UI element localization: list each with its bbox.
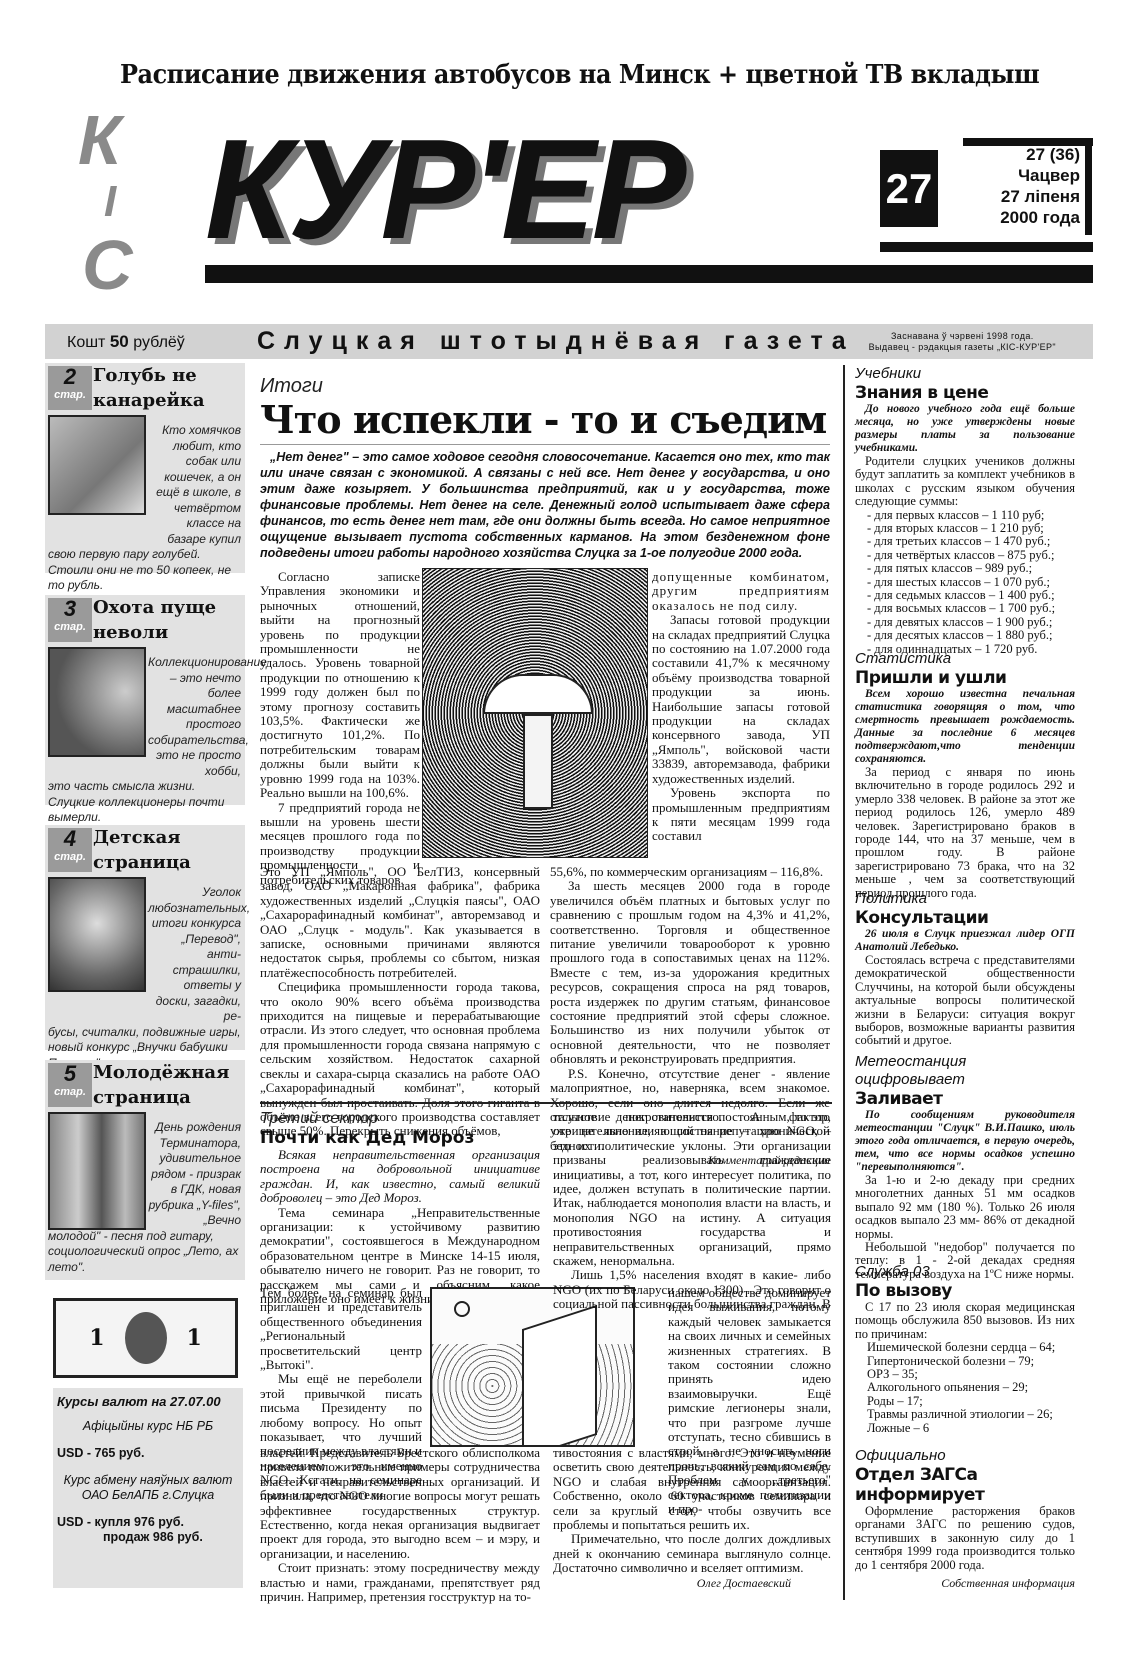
subtitle-band: Кошт 50 рублёў Слуцкая штотыднёвая газет… [45,324,1093,359]
established-text: Заснавана ў чэрвені 1998 года. [869,331,1056,342]
teaser-title: Детская страница [93,825,243,875]
teaser-title: Охота пуще неволи [93,595,243,645]
fx-sell: продаж 986 руб. [103,1530,239,1545]
lead-kicker: Итоги [260,375,830,398]
publisher-text: Выдавец - рэдакцыя газеты „КІС-КУР'ЕР" [869,342,1056,353]
lead: 26 июля в Слуцк приезжал лидер ОГП Анато… [855,928,1075,954]
lead-story: Итоги Что испекли - то и съедим „Нет ден… [260,375,830,561]
teaser-page-5[interactable]: 5стар. Молодёжная страница День рождения… [45,1060,245,1280]
wall-figure [522,1305,597,1447]
paragraph: Уровень экспорта по промышленным предпри… [652,786,830,844]
reason-item: Роды – 17; [867,1395,1075,1408]
paragraph: Тем более, на семинар был приглашён и пр… [260,1286,422,1372]
masthead-title: КУР'ЕР [205,120,682,260]
issue-number: 27 (36) [950,144,1080,165]
price-item: - для девятых классов – 1 900 руб.; [867,616,1075,629]
paragraph: За шесть месяцев 2000 года в городе увел… [550,879,830,1066]
second-col-2-bottom: тивостояния с властями, много. Это и неу… [553,1446,831,1590]
paragraph: Стоит признать: этому посредничеству меж… [260,1561,540,1604]
ambulance-story: Служба 03 По вызову С 17 по 23 июля скор… [855,1263,1075,1435]
umbrella-icon [483,674,593,714]
body: Состоялась встреча с представителями дем… [855,954,1075,1048]
paragraph: 55,6%, по коммерческим организациям – 11… [550,865,830,879]
teaser-text: Коллекционирование – это нечто более мас… [48,655,241,826]
fx-exchange-label: Курс абмену наяўных валют ОАО БелАПБ г.С… [57,1473,239,1503]
paragraph: Запасы готовой продукции на складах пред… [652,613,830,786]
teaser-text: Уголок любознательных, итоги конкурса „П… [48,885,241,1071]
issue-frame-right [1085,140,1092,235]
kicker: Учебники [855,365,1075,383]
right-column-rule [843,365,845,1600]
statistics-story: Статистика Пришли и ушли Всем хорошо изв… [855,650,1075,900]
headline: Знания в цене [855,383,1075,403]
right-column: Учебники Знания в цене До нового учебног… [855,365,1075,1600]
page-label: стар. [48,620,92,634]
page-number: 4 [48,828,92,850]
price-item: - для седьмых классов – 1 400 руб.; [867,589,1075,602]
page-badge: 5стар. [48,1063,92,1107]
page-label: стар. [48,850,92,864]
price-item: - для шестых классов – 1 070 руб.; [867,576,1075,589]
promo-line: Расписание движения автобусов на Минск +… [120,60,1022,90]
kicker: Служба 03 [855,1263,1075,1281]
second-col-bottom: властей. Представитель Брестского облисп… [260,1446,540,1604]
issue-year: 2000 года [950,207,1080,228]
dollar-bill-image: 1 1 [53,1298,238,1378]
reason-item: Гипертонической болезни – 79; [867,1355,1075,1368]
teaser-text-wrap: День рождения Терминатора, удивительное … [148,1120,241,1229]
paragraph: властей. Представитель Брестского облисп… [260,1446,540,1561]
teaser-text-wrap: Уголок любознательных, итоги конкурса „П… [148,885,241,1025]
page-badge: 4стар. [48,828,92,872]
reason-item: Ложные – 6 [867,1422,1075,1435]
page-label: стар. [48,388,92,402]
teaser-text-rest: молодой" - песня под гитару, социологиче… [48,1229,238,1274]
currency-rates: Курсы валют на 27.07.00 Афіцыйны курс НБ… [53,1388,243,1588]
lead-intro: „Нет денег" – это самое ходовое сегодня … [260,449,830,561]
price-item: - для первых классов – 1 110 руб; [867,509,1075,522]
kicker: Политика [855,890,1075,908]
price-value: 50 [110,332,129,351]
body: Оформление расторжения браков органами З… [855,1505,1075,1572]
lead: Всем хорошо известна печальная статистик… [855,688,1075,766]
teaser-title: Голубь не канарейка [93,363,243,413]
lead-bottom-left: Это УП „Ямполь", ОО БелТИЗ, консервный з… [260,865,540,1139]
headline: Пришли и ушли [855,668,1075,688]
issue-weekday: Чацвер [950,165,1080,186]
weather-story: Метеостанция оцифровывает Заливает По со… [855,1053,1075,1281]
price-item: - для вторых классов – 1 210 руб; [867,522,1075,535]
kicker: Официально [855,1447,1075,1465]
logo-letter-s: С [82,230,133,300]
second-lead: Всякая неправительственная организация п… [260,1148,540,1206]
newspaper-subtitle: Слуцкая штотыднёвая газета [257,327,855,356]
zags-story: Официально Отдел ЗАГСа информирует Оформ… [855,1447,1075,1591]
price-unit: рублёў [133,334,185,351]
second-kicker: Третий сектор [260,1110,540,1128]
paragraph: Это УП „Ямполь", ОО БелТИЗ, консервный з… [260,865,540,980]
fx-official-rate: USD - 765 руб. [57,1446,239,1461]
price: Кошт 50 рублёў [67,332,217,352]
price-item: - для пятых классов – 989 руб.; [867,562,1075,575]
reason-item: Алкогольного опьянения – 29; [867,1381,1075,1394]
price-item: - для третьих классов – 1 470 руб.; [867,535,1075,548]
teaser-page-4[interactable]: 4стар. Детская страница Уголок любознате… [45,825,245,1050]
page-label: стар. [48,1085,92,1099]
reason-item: ОРЗ – 35; [867,1368,1075,1381]
issue-date: 27 ліпеня [950,186,1080,207]
kicker: Статистика [855,650,1075,668]
politics-story: Политика Консультации 26 июля в Слуцк пр… [855,890,1075,1048]
paragraph: допущенные комбинатом, другим предприяти… [652,570,830,613]
signature: Собственная информация [855,1576,1075,1591]
logo-letter-k: К [78,105,121,175]
umbrella-illustration [422,568,648,858]
masthead-rule [205,265,1093,283]
teaser-text: День рождения Терминатора, удивительное … [48,1120,241,1275]
dollar-portrait [125,1312,167,1364]
issue-frame-bottom [880,242,1093,252]
headline: Отдел ЗАГСа информирует [855,1465,1005,1505]
body: С 17 по 23 июля скорая медицинская помощ… [855,1301,1075,1341]
call-reasons-list: Ишемической болезни сердца – 64; Гиперто… [867,1341,1075,1435]
teaser-text: Кто хомячков любит, кто собак или кошече… [48,423,241,594]
price-item: - для восьмых классов – 1 700 руб.; [867,602,1075,615]
reason-item: Травмы различной этиологии – 26; [867,1408,1075,1421]
page-badge: 3стар. [48,598,92,642]
lead-col-1: Согласно записке Управления экономики и … [260,570,420,887]
headline: Консультации [855,908,1075,928]
second-signature: Олег Достаевский [553,1576,791,1590]
paragraph: тивостояния с властями, много. Это и неу… [553,1446,831,1532]
fx-official-label: Афіцыйны курс НБ РБ [57,1419,239,1434]
issue-info: 27 (36) Чацвер 27 ліпеня 2000 года [950,144,1080,228]
sun-icon [454,1301,470,1317]
man-figure [523,714,553,809]
second-col-2: тальное покровительство. А фактор, отриц… [553,1110,831,1312]
lead-rule [260,444,830,445]
paragraph: Примечательно, что после долгих дождливы… [553,1532,831,1575]
sidebar: 2стар. Голубь не канарейка Кто хомячков … [45,363,245,1603]
story-divider [260,1102,832,1104]
fx-buy: USD - купля 976 руб. [57,1515,239,1530]
page-number: 2 [48,366,92,388]
body: Родители слуцких учеников должны будут з… [855,455,1075,509]
lead: До нового учебного года ещё больше месяц… [855,403,1075,455]
page-number: 3 [48,598,92,620]
kicker: Метеостанция оцифровывает [855,1053,1075,1089]
price-label: Кошт [67,334,105,351]
body: За 1-ю и 2-ю декаду при средних многолет… [855,1174,1075,1241]
dollar-one-left: 1 [89,1325,104,1351]
textbook-price-list: - для первых классов – 1 110 руб; - для … [867,509,1075,656]
paragraph: Согласно записке Управления экономики и … [260,570,420,801]
headline: По вызову [855,1281,1075,1301]
reason-item: Ишемической болезни сердца – 64; [867,1341,1075,1354]
price-item: - для десятых классов – 1 880 руб.; [867,629,1075,642]
issue-number-box: 27 [880,150,938,227]
price-item: - для четвёртых классов – 875 руб.; [867,549,1075,562]
lead-col-3: допущенные комбинатом, другим предприяти… [652,570,830,844]
page-number: 5 [48,1063,92,1085]
second-headline: Почти как Дед Мороз [260,1128,540,1148]
dollar-one-right: 1 [187,1325,202,1351]
lead: По сообщениям руководителя метеостанции … [855,1109,1075,1174]
second-story: Третий сектор Почти как Дед Мороз Всякая… [260,1110,540,1306]
lead-headline: Что испекли - то и съедим [260,398,830,442]
body: За период с января по июнь включительно … [855,766,1075,900]
paragraph: тальное покровительство. А фактор, отриц… [553,1110,831,1268]
teaser-page-3[interactable]: 3стар. Охота пуще неволи Коллекционирова… [45,595,245,805]
teaser-title: Молодёжная страница [93,1060,243,1110]
teaser-text-rest: это часть смысла жизни. Слуцкие коллекци… [48,779,224,824]
teaser-text-wrap: Кто хомячков любит, кто собак или кошече… [148,423,241,547]
teaser-page-2[interactable]: 2стар. Голубь не канарейка Кто хомячков … [45,363,245,573]
fx-title: Курсы валют на 27.07.00 [57,1394,239,1409]
kis-logo: К І С [78,105,148,305]
publisher-info: Заснавана ў чэрвені 1998 года. Выдавец -… [869,331,1056,353]
page-badge: 2стар. [48,366,92,410]
textbooks-story: Учебники Знания в цене До нового учебног… [855,365,1075,656]
headline: Заливает [855,1089,1075,1109]
teaser-text-wrap: Коллекционирование – это нечто более мас… [148,655,241,779]
teaser-text-rest: свою первую пару голубей. Стоили они не … [48,547,231,592]
